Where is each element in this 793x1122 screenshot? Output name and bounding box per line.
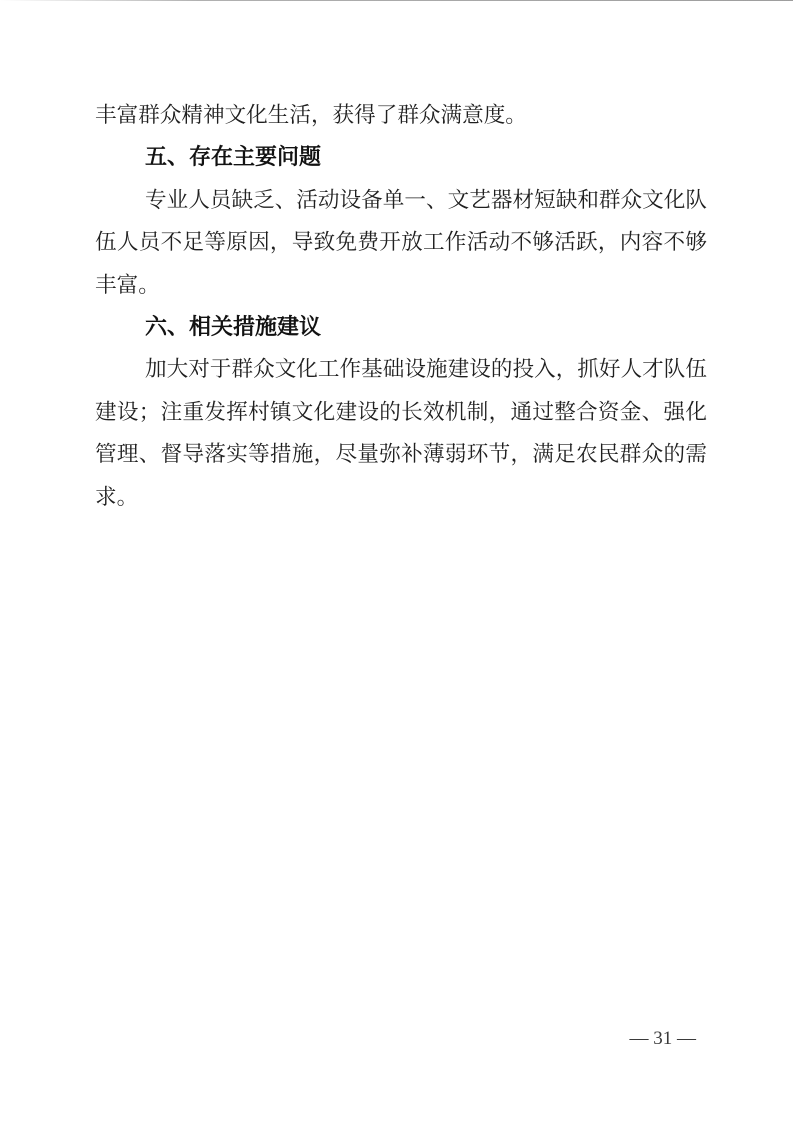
paragraph-suggestions-line-3: 管理、督导落实等措施，尽量弥补薄弱环节，满足农民群众的需 bbox=[95, 433, 707, 475]
paragraph-problems-line-2: 伍人员不足等原因，导致免费开放工作活动不够活跃，内容不够 bbox=[95, 221, 707, 263]
paragraph-suggestions-line-2: 建设；注重发挥村镇文化建设的长效机制，通过整合资金、强化 bbox=[95, 391, 707, 433]
paragraph-problems-line-3: 丰富。 bbox=[95, 264, 707, 306]
page-number: — 31 — bbox=[630, 1028, 697, 1050]
section-heading-suggestions: 六、相关措施建议 bbox=[95, 306, 707, 348]
paragraph-problems-line-1: 专业人员缺乏、活动设备单一、文艺器材短缺和群众文化队 bbox=[95, 179, 707, 221]
section-heading-problems: 五、存在主要问题 bbox=[95, 136, 707, 178]
paragraph-continuation-line: 丰富群众精神文化生活，获得了群众满意度。 bbox=[95, 94, 707, 136]
document-body: 丰富群众精神文化生活，获得了群众满意度。 五、存在主要问题 专业人员缺乏、活动设… bbox=[95, 94, 707, 518]
paragraph-suggestions-line-4: 求。 bbox=[95, 476, 707, 518]
paragraph-suggestions-line-1: 加大对于群众文化工作基础设施建设的投入，抓好人才队伍 bbox=[95, 348, 707, 390]
scan-top-edge-line bbox=[0, 0, 793, 1]
document-page: 丰富群众精神文化生活，获得了群众满意度。 五、存在主要问题 专业人员缺乏、活动设… bbox=[0, 0, 793, 1122]
